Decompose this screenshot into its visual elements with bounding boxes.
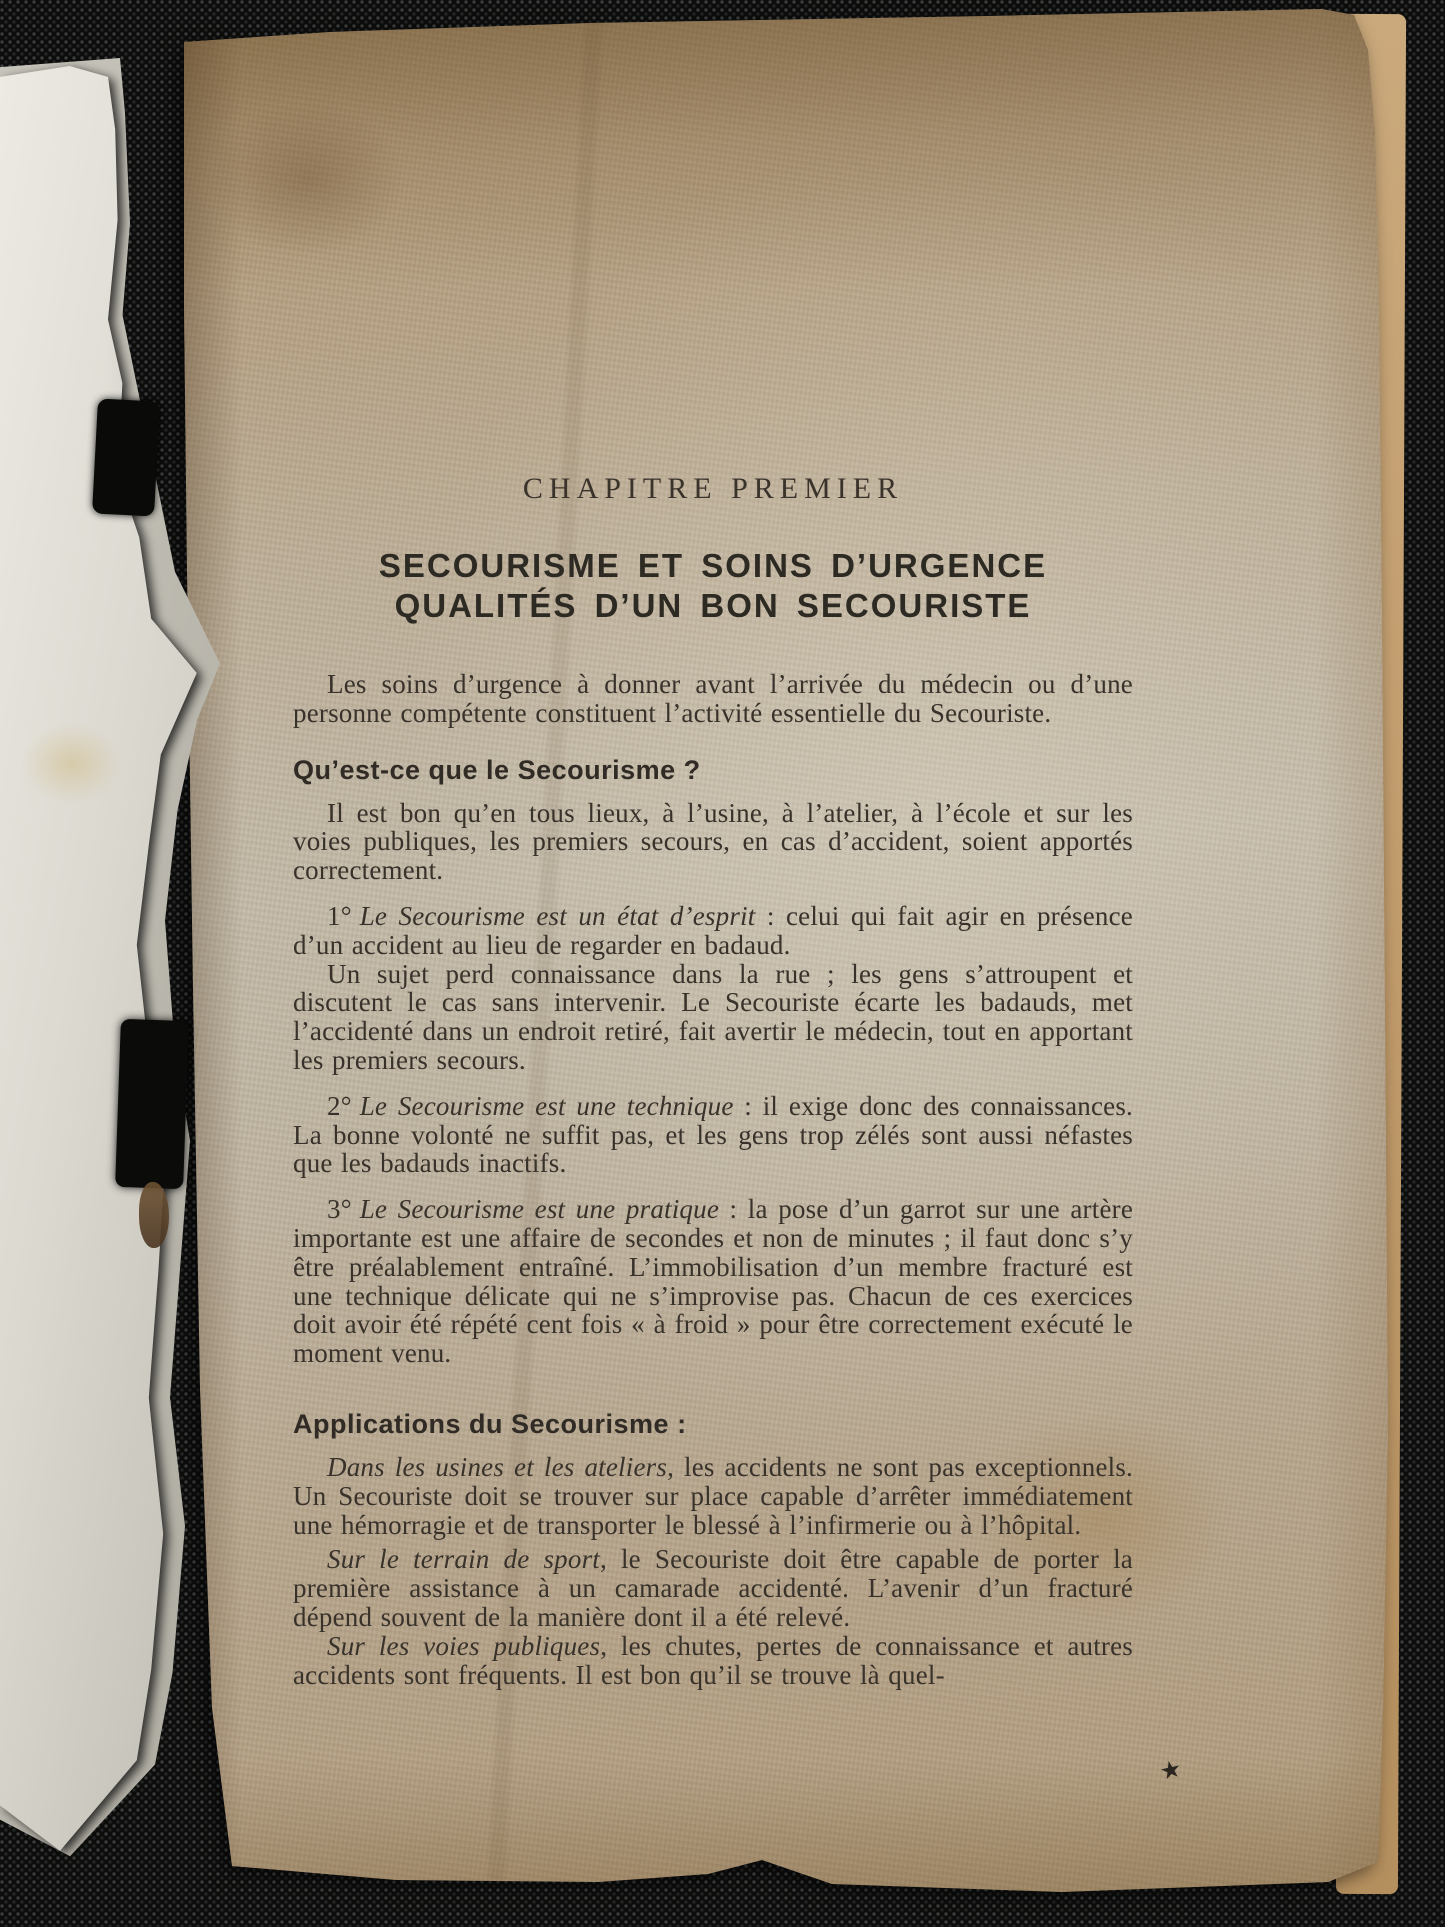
paragraph-intro: Les soins d’urgence à donner avant l’arr…: [293, 670, 1133, 728]
torn-endpaper: [0, 66, 240, 1878]
chapter-heading: CHAPITRE PREMIER: [293, 472, 1133, 506]
binding-smudge: [139, 1182, 169, 1248]
item-number-1: 1°: [327, 901, 352, 931]
binding-hole-bottom: [115, 1019, 189, 1189]
paragraph-lieux: Il est bon qu’en tous lieux, à l’usine, …: [293, 799, 1133, 885]
italic-lead-voies: Sur les voies publiques: [327, 1631, 600, 1661]
italic-lead-pratique: Le Secourisme est une pratique: [360, 1194, 719, 1224]
paragraph-sport: Sur le terrain de sport, le Secouriste d…: [293, 1545, 1133, 1631]
page-text-block: CHAPITRE PREMIER SECOURISME ET SOINS D’U…: [293, 472, 1133, 1689]
section-title-line-2: QUALITÉS D’UN BON SECOURISTE: [293, 586, 1133, 626]
paragraph-sujet: Un sujet perd connaissance dans la rue ;…: [293, 960, 1133, 1075]
italic-lead-sport: Sur le terrain de sport: [327, 1544, 600, 1574]
item-number-2: 2°: [327, 1091, 352, 1121]
subheading-applications: Applications du Secourisme :: [293, 1408, 1133, 1440]
paragraph-usines: Dans les usines et les ateliers, les acc…: [293, 1453, 1133, 1539]
italic-lead-usines: Dans les usines et les ateliers: [327, 1452, 667, 1482]
italic-lead-etat: Le Secourisme est un état d’esprit: [360, 901, 756, 931]
section-title-line-1: SECOURISME ET SOINS D’URGENCE: [293, 546, 1133, 586]
italic-lead-technique: Le Secourisme est une technique: [360, 1091, 734, 1121]
item-number-3: 3°: [327, 1194, 352, 1224]
subheading-definition: Qu’est-ce que le Secourisme ?: [293, 754, 1133, 786]
book-photo: CHAPITRE PREMIER SECOURISME ET SOINS D’U…: [0, 0, 1445, 1927]
paragraph-pratique: 3°Le Secourisme est une pratique : la po…: [293, 1195, 1133, 1368]
section-title: SECOURISME ET SOINS D’URGENCE QUALITÉS D…: [293, 546, 1133, 626]
binding-hole-top: [92, 398, 160, 516]
torn-endpaper-paper: [0, 66, 240, 1878]
paragraph-etat-esprit: 1°Le Secourisme est un état d’esprit : c…: [293, 902, 1133, 960]
paragraph-voies: Sur les voies publiques, les chutes, per…: [293, 1632, 1133, 1690]
paragraph-technique: 2°Le Secourisme est une technique : il e…: [293, 1092, 1133, 1178]
